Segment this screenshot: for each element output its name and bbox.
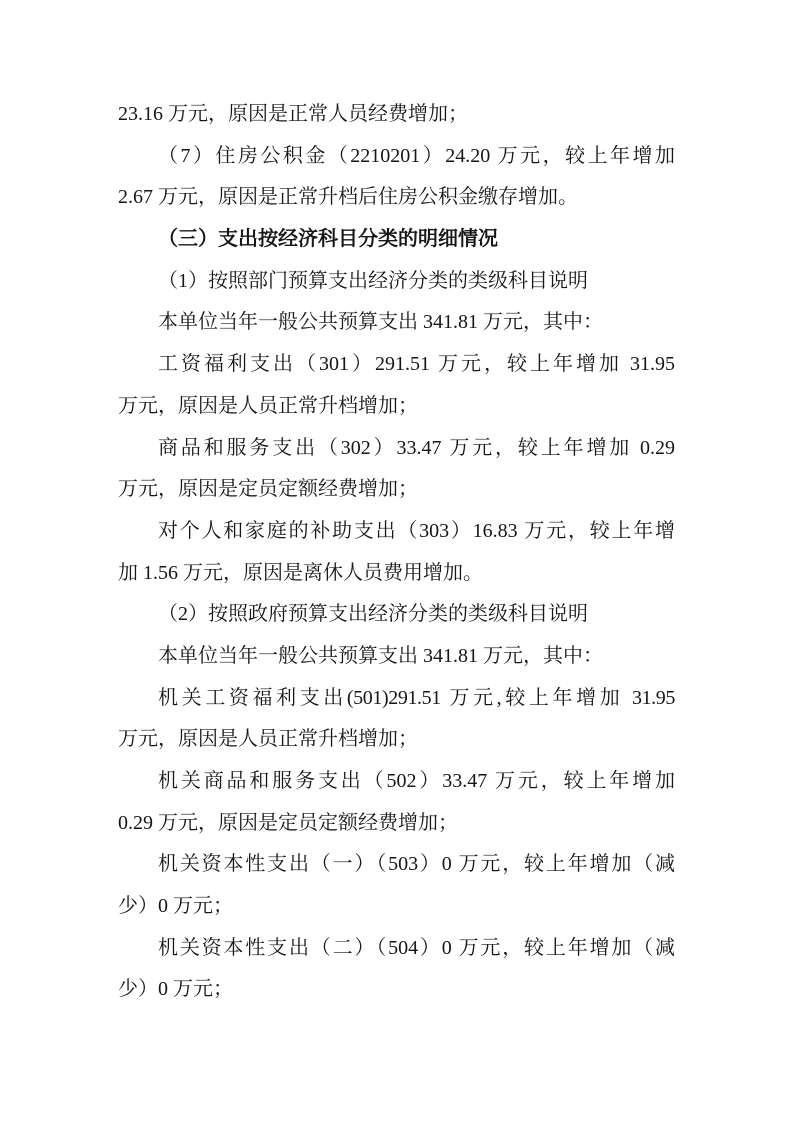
document-text-block: 23.16 万元，原因是正常人员经费增加；（7）住房公积金（2210201）24… [118, 94, 675, 1011]
document-line: 机关工资福利支出(501)291.51 万元,较上年增加 31.95 [118, 678, 675, 720]
document-line: 万元，原因是人员正常升档增加； [118, 386, 675, 428]
section-heading: （三）支出按经济科目分类的明细情况 [118, 219, 675, 261]
document-line: 机关资本性支出（一）（503）0 万元，较上年增加（减 [118, 844, 675, 886]
document-line: 万元，原因是人员正常升档增加； [118, 719, 675, 761]
document-line: 万元，原因是定员定额经费增加； [118, 469, 675, 511]
document-line: 商品和服务支出（302）33.47 万元，较上年增加 0.29 [118, 428, 675, 470]
document-line: 工资福利支出（301）291.51 万元，较上年增加 31.95 [118, 344, 675, 386]
document-line: 23.16 万元，原因是正常人员经费增加； [118, 94, 675, 136]
document-line: 少）0 万元； [118, 886, 675, 928]
document-line: 对个人和家庭的补助支出（303）16.83 万元，较上年增 [118, 511, 675, 553]
document-line: 本单位当年一般公共预算支出 341.81 万元，其中： [118, 302, 675, 344]
document-line: 本单位当年一般公共预算支出 341.81 万元，其中： [118, 636, 675, 678]
document-line: （1）按照部门预算支出经济分类的类级科目说明 [118, 261, 675, 303]
document-line: 0.29 万元，原因是定员定额经费增加； [118, 803, 675, 845]
document-line: 少）0 万元； [118, 969, 675, 1011]
document-line: 机关商品和服务支出（502）33.47 万元，较上年增加 [118, 761, 675, 803]
document-line: 2.67 万元，原因是正常升档后住房公积金缴存增加。 [118, 177, 675, 219]
document-line: 加 1.56 万元，原因是离休人员费用增加。 [118, 553, 675, 595]
document-line: （2）按照政府预算支出经济分类的类级科目说明 [118, 594, 675, 636]
document-page: 23.16 万元，原因是正常人员经费增加；（7）住房公积金（2210201）24… [0, 0, 793, 1122]
document-line: 机关资本性支出（二）（504）0 万元，较上年增加（减 [118, 928, 675, 970]
document-line: （7）住房公积金（2210201）24.20 万元，较上年增加 [118, 136, 675, 178]
